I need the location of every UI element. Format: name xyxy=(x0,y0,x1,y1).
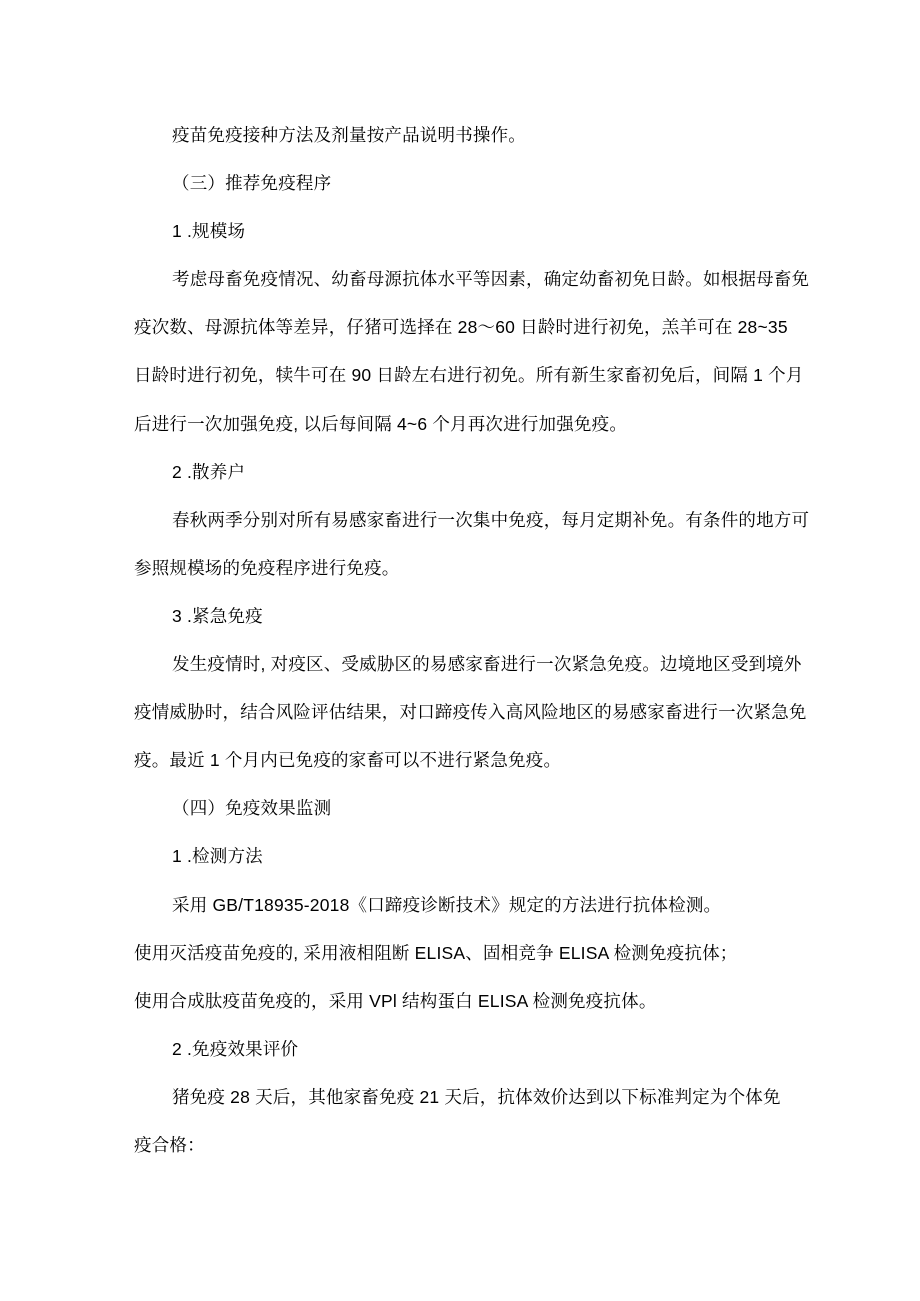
para-detection-line-2: 使用灭活疫苗免疫的, 采用液相阻断 ELISA、固相竞争 ELISA 检测免疫抗… xyxy=(134,929,799,977)
para-scale-farms-line-1: 考虑母畜免疫情况、幼畜母源抗体水平等因素，确定幼畜初免日龄。如根据母畜免 xyxy=(134,255,799,303)
heading-immunization-effect-monitoring: （四）免疫效果监测 xyxy=(134,784,799,832)
heading-free-range-households: 2 .散养户 xyxy=(134,448,799,496)
para-emergency-line-2: 疫情威胁时，结合风险评估结果，对口蹄疫传入高风险地区的易感家畜进行一次紧急免 xyxy=(134,688,799,736)
para-scale-farms-line-2: 疫次数、母源抗体等差异，仔猪可选择在 28～60 日龄时进行初免，羔羊可在 28… xyxy=(134,303,799,351)
line-vaccination-method: 疫苗免疫接种方法及剂量按产品说明书操作。 xyxy=(134,111,799,159)
para-free-range-line-1: 春秋两季分别对所有易感家畜进行一次集中免疫，每月定期补免。有条件的地方可 xyxy=(134,496,799,544)
para-scale-farms-line-3: 日龄时进行初免，犊牛可在 90 日龄左右进行初免。所有新生家畜初免后，间隔 1 … xyxy=(134,351,799,399)
para-emergency-line-3: 疫。最近 1 个月内已免疫的家畜可以不进行紧急免疫。 xyxy=(134,736,799,784)
heading-immunization-effect-evaluation: 2 .免疫效果评价 xyxy=(134,1025,799,1073)
para-scale-farms-line-4: 后进行一次加强免疫, 以后每间隔 4~6 个月再次进行加强免疫。 xyxy=(134,400,799,448)
heading-recommended-immunization-program: （三）推荐免疫程序 xyxy=(134,159,799,207)
para-evaluation-line-1: 猪免疫 28 天后，其他家畜免疫 21 天后，抗体效价达到以下标准判定为个体免 xyxy=(134,1073,799,1121)
para-evaluation-line-2: 疫合格： xyxy=(134,1121,799,1169)
para-free-range-line-2: 参照规模场的免疫程序进行免疫。 xyxy=(134,544,799,592)
para-detection-line-1: 采用 GB/T18935-2018《口蹄疫诊断技术》规定的方法进行抗体检测。 xyxy=(134,881,799,929)
heading-scale-farms: 1 .规模场 xyxy=(134,207,799,255)
heading-detection-methods: 1 .检测方法 xyxy=(134,832,799,880)
document-page: 疫苗免疫接种方法及剂量按产品说明书操作。 （三）推荐免疫程序 1 .规模场 考虑… xyxy=(134,111,799,1169)
heading-emergency-immunization: 3 .紧急免疫 xyxy=(134,592,799,640)
para-emergency-line-1: 发生疫情时, 对疫区、受威胁区的易感家畜进行一次紧急免疫。边境地区受到境外 xyxy=(134,640,799,688)
para-detection-line-3: 使用合成肽疫苗免疫的，采用 VPl 结构蛋白 ELISA 检测免疫抗体。 xyxy=(134,977,799,1025)
